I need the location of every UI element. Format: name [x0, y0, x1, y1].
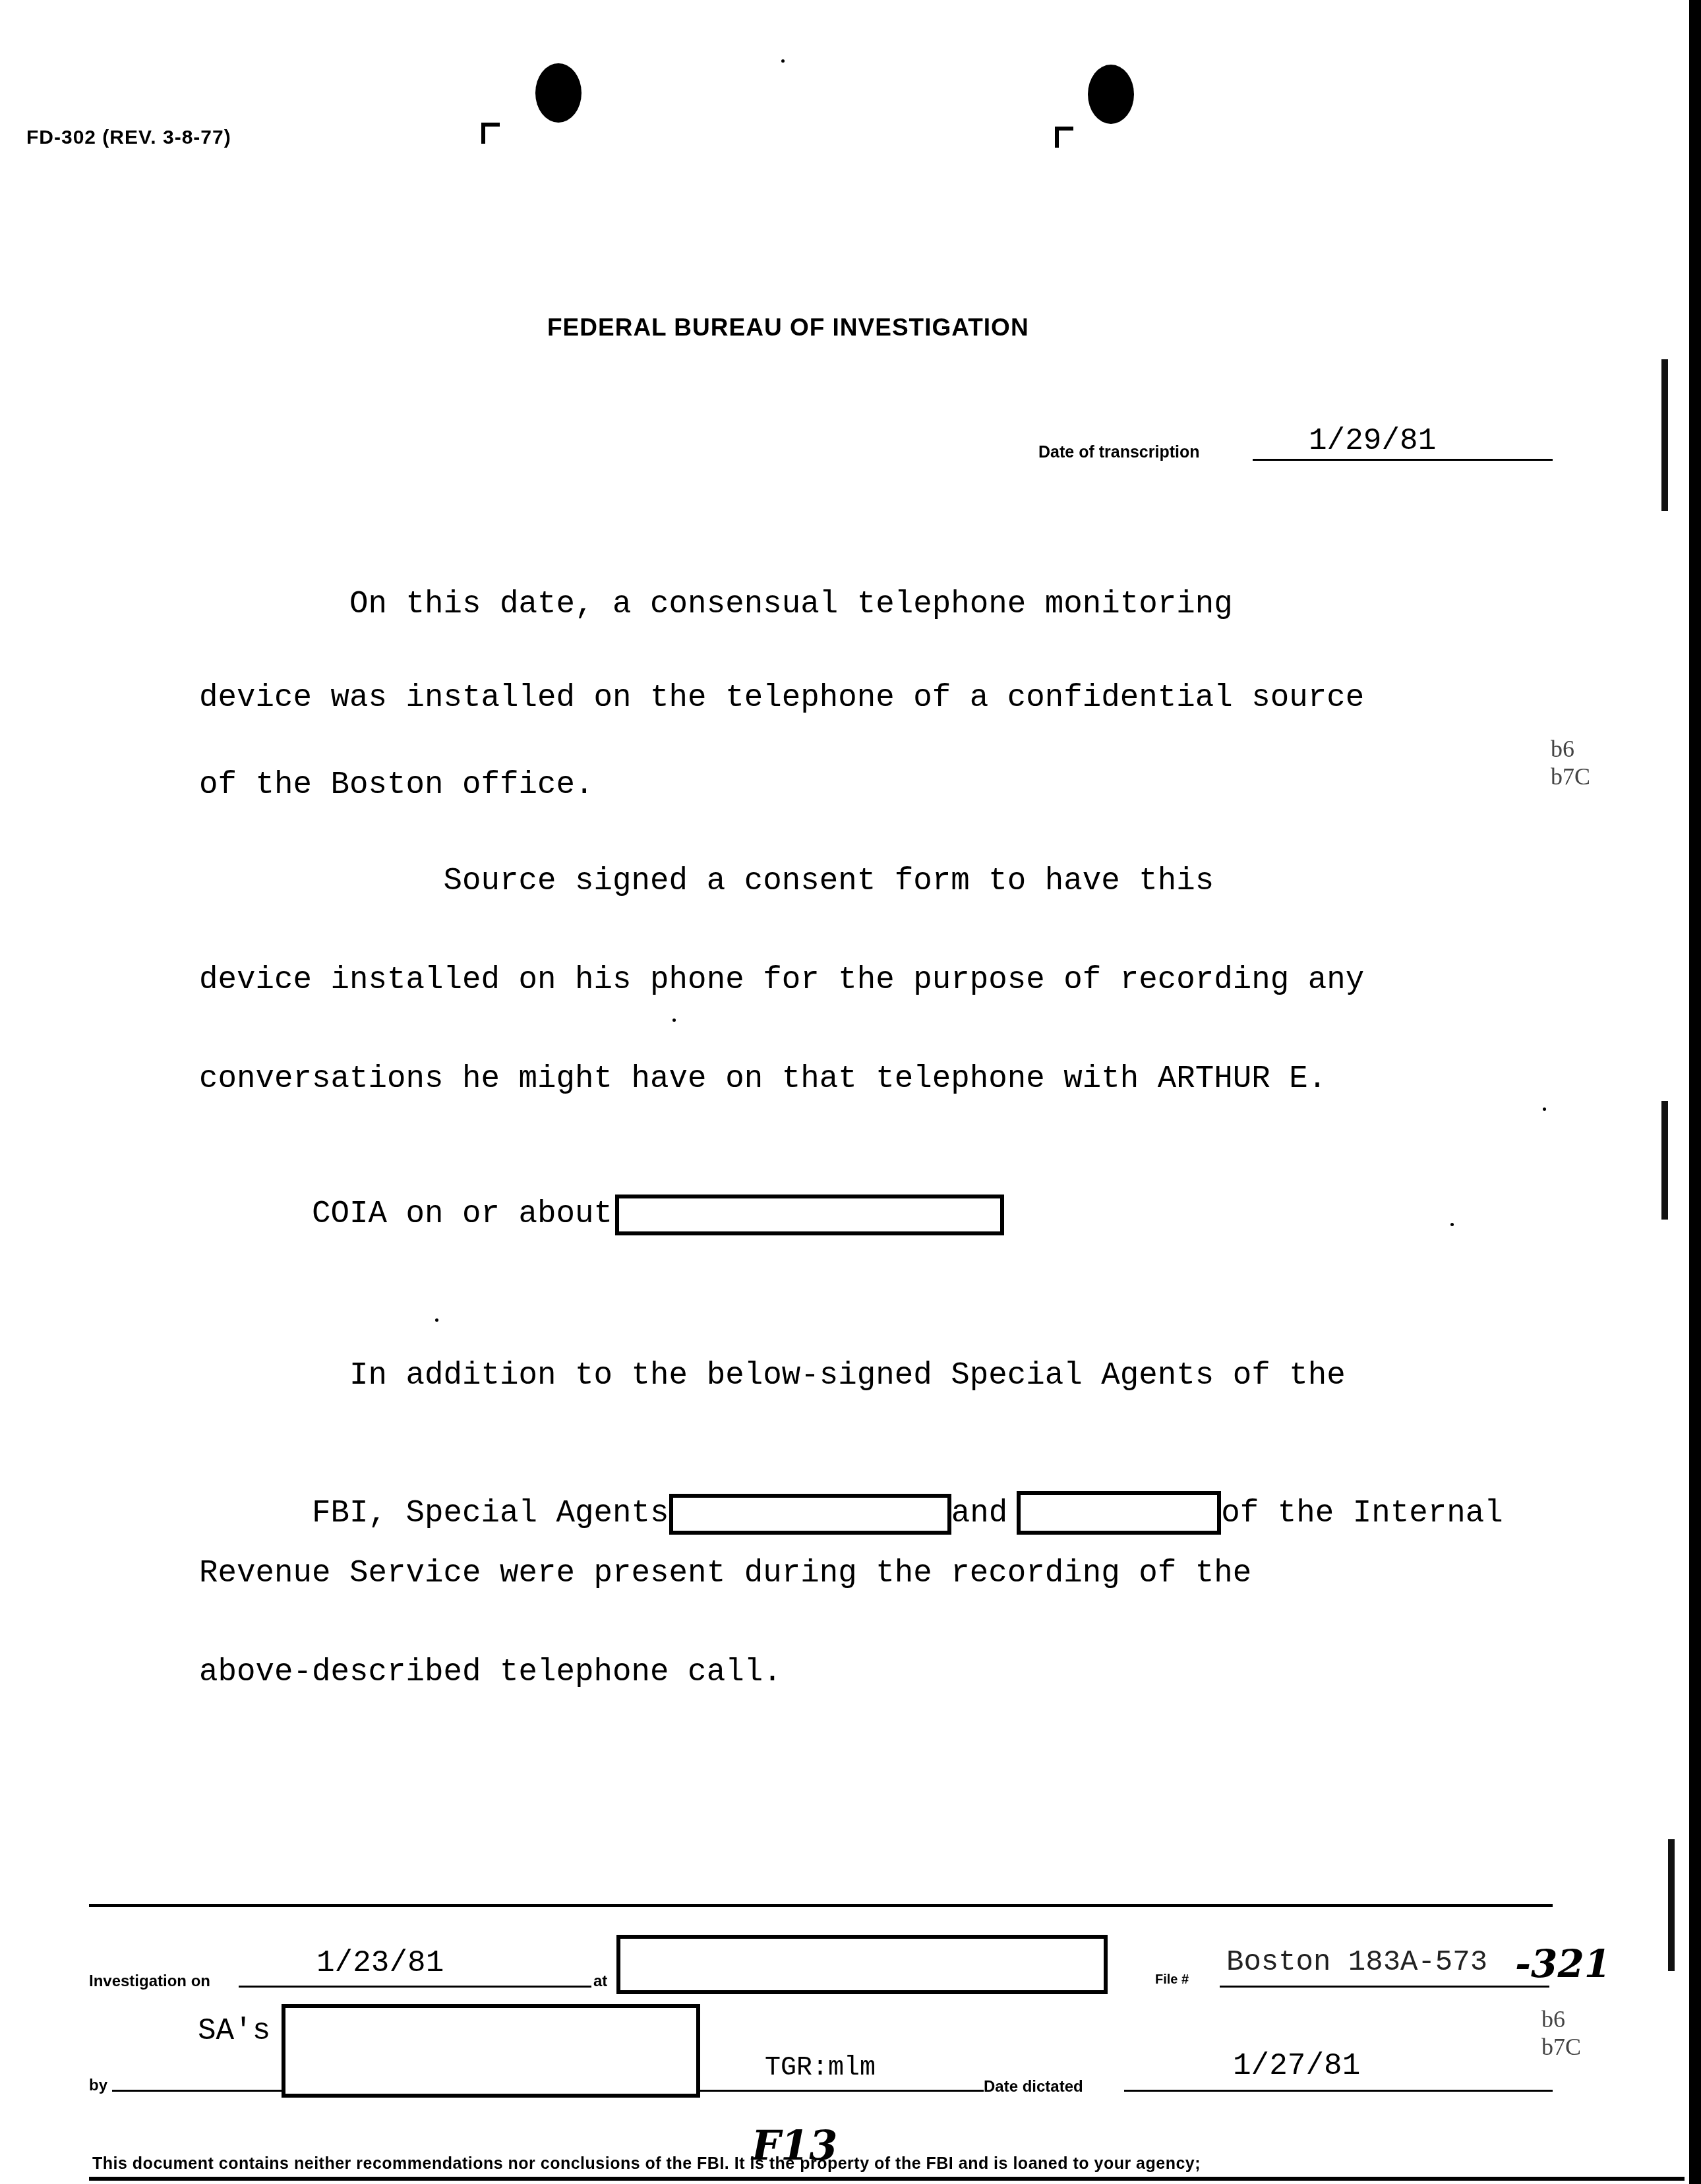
body-line: above-described telephone call. — [199, 1656, 1518, 1689]
fbi-fd302-document: FD-302 (REV. 3-8-77) FEDERAL BUREAU OF I… — [0, 0, 1701, 2184]
by-underline-right — [700, 2090, 984, 2092]
body-text-segment: of the Internal — [1221, 1496, 1503, 1531]
transcription-date-label: Date of transcription — [1038, 443, 1199, 462]
exemption-code: b7C — [1541, 2033, 1581, 2061]
body-line: device was installed on the telephone of… — [199, 682, 1518, 715]
by-label: by — [89, 2077, 107, 2095]
body-line: FBI, Special Agentsandof the Internal — [199, 1458, 1518, 1491]
body-line: Revenue Service were present during the … — [199, 1557, 1518, 1590]
typist-initials: TGR:mlm — [765, 2053, 876, 2083]
body-line: COIA on or about — [199, 1162, 1518, 1195]
body-text-segment: FBI, Special Agents — [312, 1496, 669, 1531]
location-redaction-box — [616, 1935, 1108, 1994]
sas-label: SA's — [198, 2014, 270, 2048]
file-number-label: File # — [1155, 1972, 1189, 1988]
redaction-box — [615, 1195, 1004, 1235]
footer-divider — [89, 1904, 1553, 1907]
agency-title: FEDERAL BUREAU OF INVESTIGATION — [547, 314, 1029, 341]
punch-hole-left — [535, 63, 582, 123]
redaction-box — [669, 1494, 951, 1535]
disclaimer-text: This document contains neither recommend… — [92, 2154, 1201, 2173]
redaction-box — [1017, 1491, 1221, 1535]
body-line: On this date, a consensual telephone mon… — [199, 588, 1518, 621]
report-body: On this date, a consensual telephone mon… — [199, 522, 1518, 1755]
body-text-segment: and — [951, 1496, 1008, 1531]
investigation-on-label: Investigation on — [89, 1972, 210, 1991]
file-serial-handwritten: -321 — [1515, 1941, 1611, 1986]
date-dictated-label: Date dictated — [984, 2078, 1083, 2096]
exemption-code: b6 — [1541, 2005, 1581, 2033]
exemption-codes-lower: b6 b7C — [1541, 2005, 1581, 2061]
transcription-date-value: 1/29/81 — [1309, 424, 1436, 458]
body-line: device installed on his phone for the pu… — [199, 964, 1518, 997]
by-underline — [112, 2090, 283, 2092]
corner-mark-right — [1055, 127, 1073, 148]
scan-edge-mark — [1668, 1839, 1675, 1971]
body-line: conversations he might have on that tele… — [199, 1063, 1518, 1096]
body-text-segment: COIA on or about — [312, 1196, 612, 1232]
exemption-codes-upper: b6 b7C — [1551, 735, 1590, 790]
date-dictated-value: 1/27/81 — [1233, 2049, 1360, 2083]
punch-hole-right — [1088, 65, 1134, 124]
scan-edge-mark — [1661, 359, 1668, 511]
scan-speck — [781, 59, 785, 63]
corner-mark-left — [481, 123, 500, 144]
file-number: Boston 183A-573 — [1226, 1946, 1487, 1979]
scan-speck — [1543, 1107, 1546, 1111]
transcription-underline — [1253, 459, 1553, 461]
dictated-underline — [1124, 2090, 1553, 2092]
at-label: at — [593, 1972, 607, 1991]
scan-edge-bar — [1689, 0, 1701, 2184]
body-line: In addition to the below-signed Special … — [199, 1359, 1518, 1392]
agents-redaction-box — [282, 2004, 700, 2098]
body-line: Source signed a consent form to have thi… — [199, 865, 1518, 898]
body-line: of the Boston office. — [199, 769, 1518, 802]
scan-edge-mark — [1661, 1101, 1668, 1220]
investigation-date: 1/23/81 — [316, 1946, 444, 1980]
form-number: FD-302 (REV. 3-8-77) — [26, 127, 231, 149]
exemption-code: b6 — [1551, 735, 1590, 763]
body-spacer — [199, 1260, 1518, 1293]
bottom-border — [89, 2177, 1685, 2181]
transcription-date-field: Date of transcription 1/29/81 — [1038, 425, 1553, 465]
exemption-code: b7C — [1551, 763, 1590, 790]
investigation-underline — [239, 1986, 591, 1988]
file-underline — [1220, 1986, 1549, 1988]
